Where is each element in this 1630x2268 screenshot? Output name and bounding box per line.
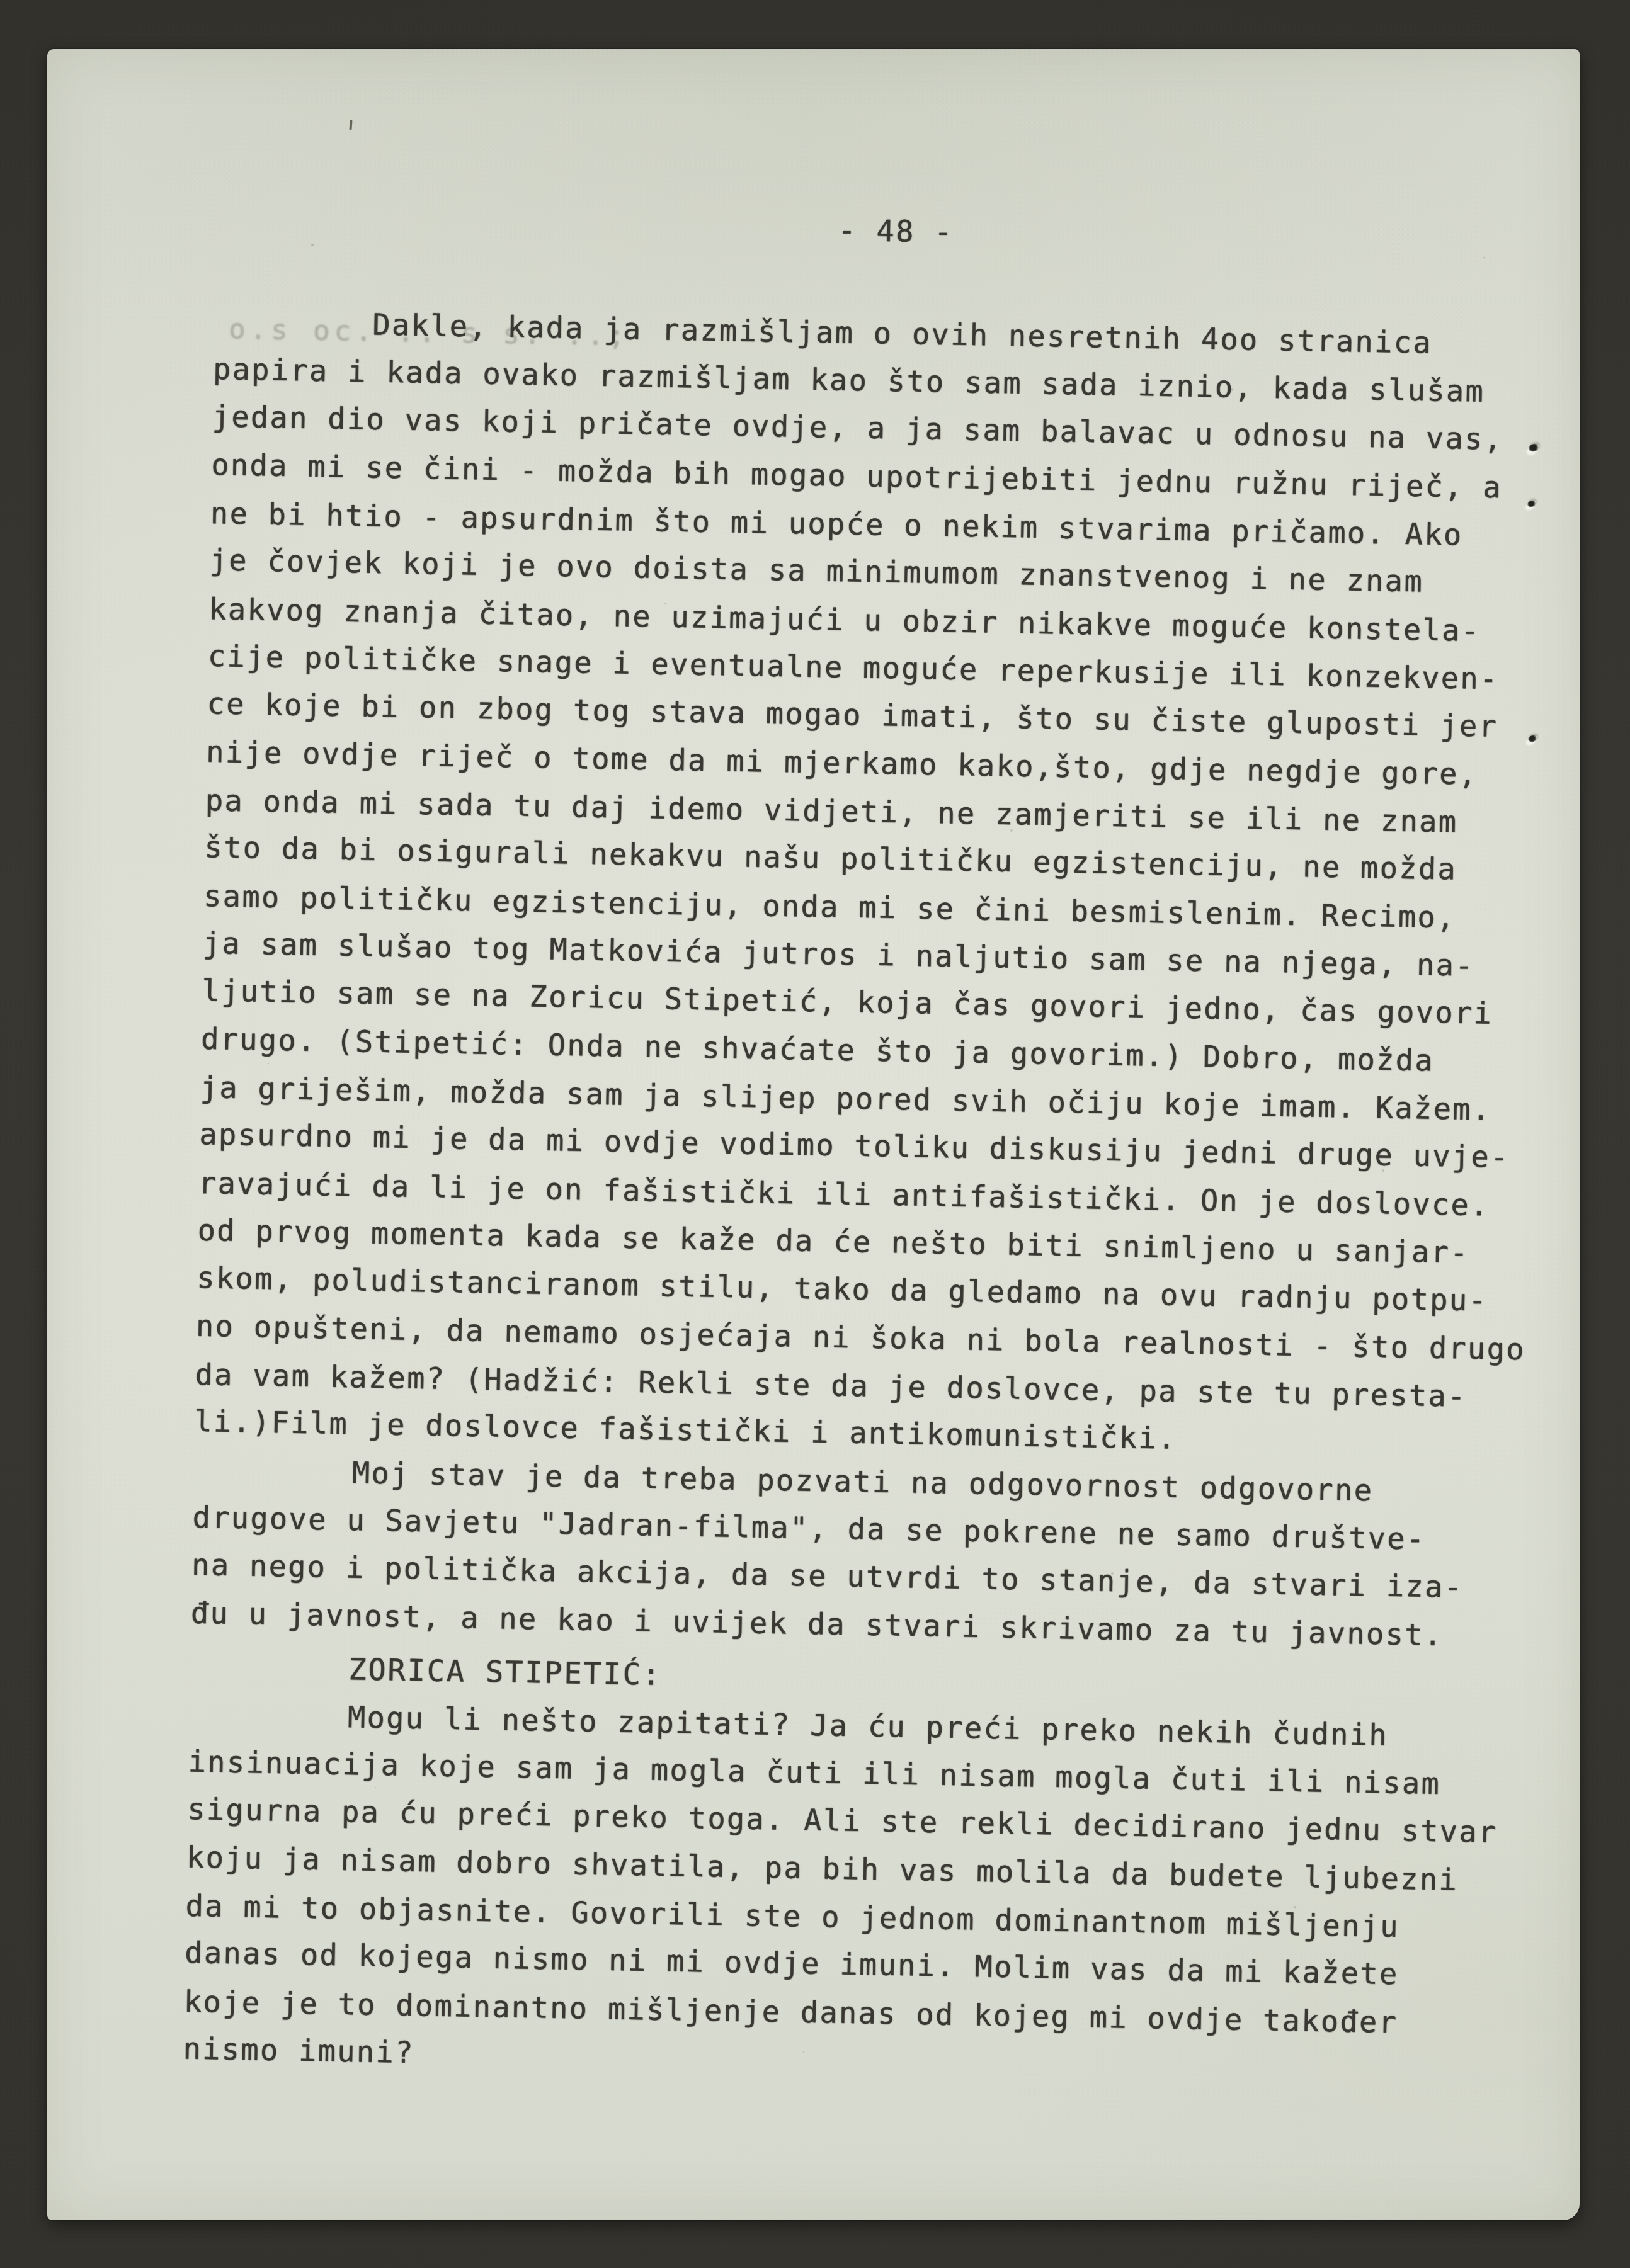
- paragraph-block: Dakle, kada ja razmišljam o ovih nesretn…: [194, 298, 1575, 1470]
- page-number: - 48 -: [215, 196, 1576, 268]
- stray-ink-mark: [349, 120, 352, 130]
- paragraph-block: Mogu li nešto zapitati? Ja ću preći prek…: [183, 1691, 1549, 2097]
- scan-dust-specks: [47, 49, 48, 50]
- document-text: o.s oc. .. s s. ..; - 48 - Dakle, kada j…: [183, 196, 1576, 2097]
- paragraph-block: Moj stav je da treba pozvati na odgovorn…: [190, 1446, 1554, 1662]
- document-page: o.s oc. .. s s. ..; - 48 - Dakle, kada j…: [47, 49, 1580, 2220]
